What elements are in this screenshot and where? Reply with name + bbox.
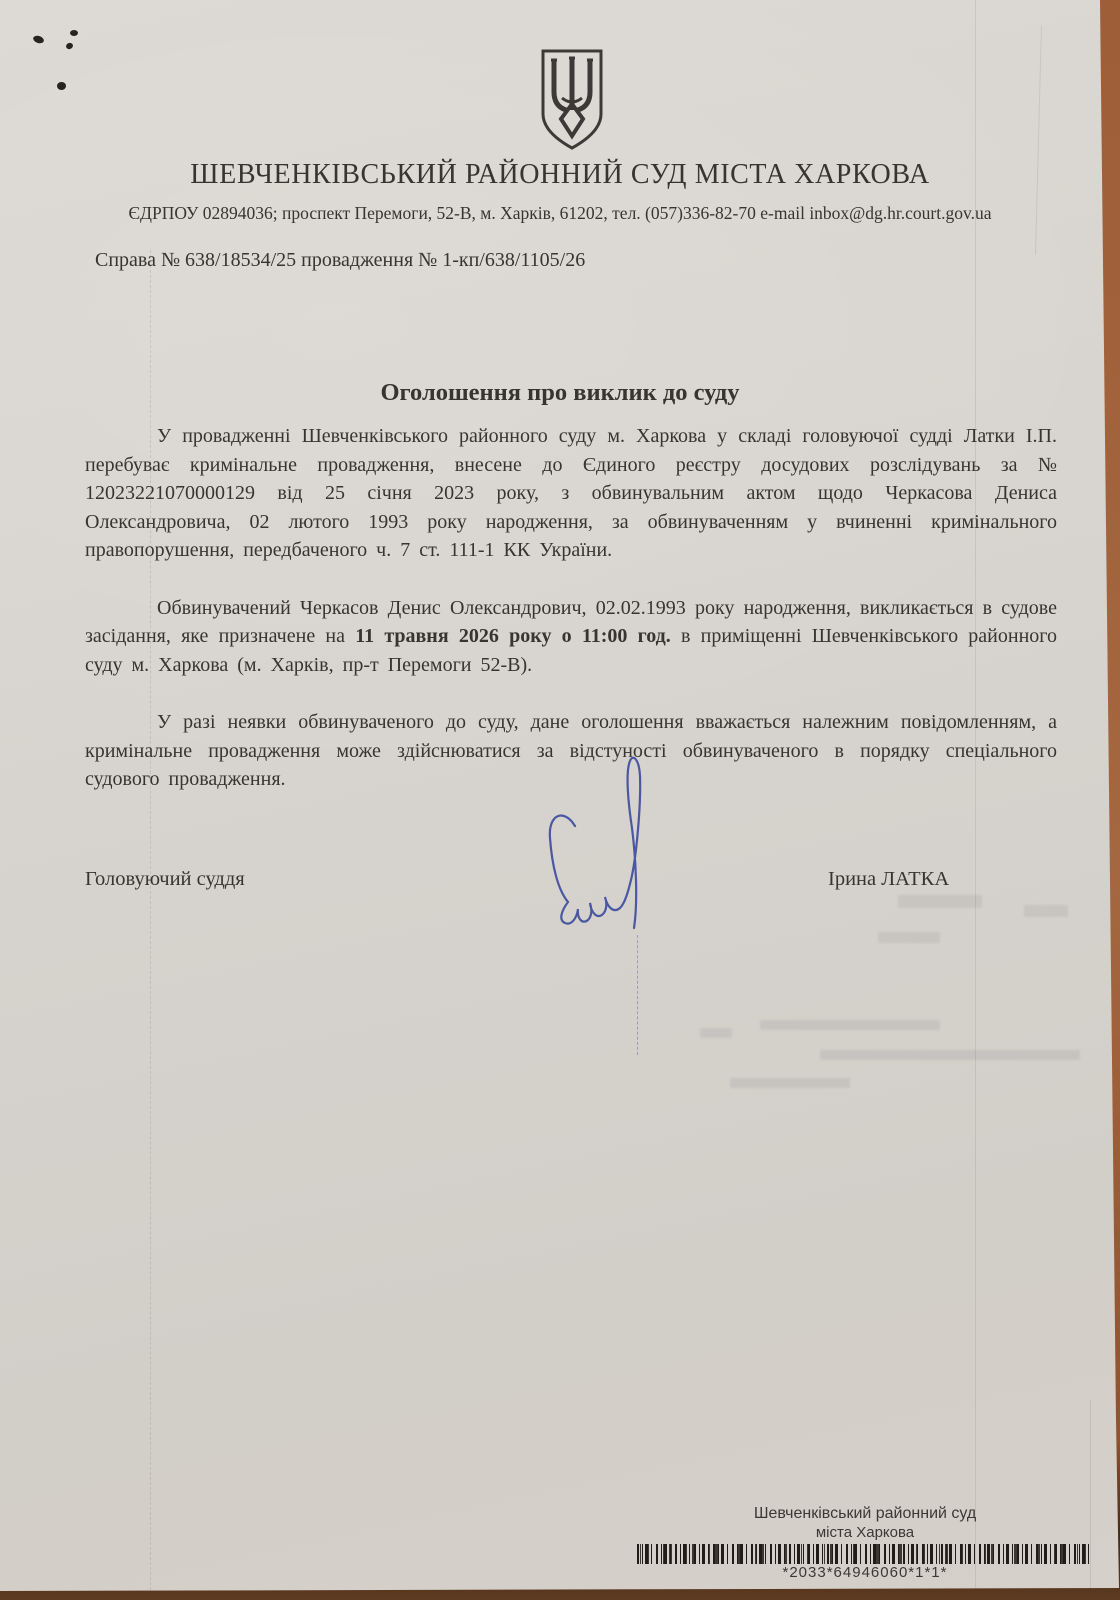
fold-crease (637, 935, 638, 1055)
bleedthrough-mark (898, 895, 982, 908)
court-contact-line: ЄДРПОУ 02894036; проспект Перемоги, 52-В… (0, 203, 1120, 224)
handwritten-signature-icon (528, 742, 658, 937)
bleedthrough-mark (700, 1028, 732, 1038)
barcode-icon (637, 1544, 1093, 1564)
document-page: ШЕВЧЕНКІВСЬКИЙ РАЙОННИЙ СУД МІСТА ХАРКОВ… (0, 0, 1120, 1600)
bleedthrough-mark (760, 1020, 940, 1030)
photographed-court-document: { "document": { "header": { "court_name"… (0, 0, 1120, 1600)
court-registration-stamp: Шевченківський районний суд міста Харков… (630, 1504, 1100, 1582)
staple-mark (65, 42, 74, 50)
staple-mark (32, 34, 45, 44)
hearing-date-time: 11 травня 2026 року о 11:00 год. (355, 625, 671, 647)
bleedthrough-mark (730, 1078, 850, 1088)
bleedthrough-mark (820, 1050, 1080, 1060)
bleedthrough-mark (878, 932, 940, 943)
barcode-number: *2033*64946060*1*1* (630, 1564, 1100, 1582)
staple-mark (70, 30, 78, 36)
judge-name: Ірина ЛАТКА (828, 868, 949, 891)
case-number-line: Справа № 638/18534/25 провадження № 1-кп… (95, 249, 585, 272)
stamp-court-name-line2: міста Харкова (630, 1524, 1100, 1542)
judge-role-label: Головуючий суддя (85, 868, 245, 891)
paragraph-summons: Обвинувачений Черкасов Денис Олександров… (85, 594, 1057, 680)
staple-mark (57, 82, 66, 90)
document-title: Оголошення про виклик до суду (0, 379, 1120, 407)
ukraine-trident-emblem-icon (536, 46, 608, 154)
document-body: У провадженні Шевченківського районного … (85, 422, 1057, 794)
court-name: ШЕВЧЕНКІВСЬКИЙ РАЙОННИЙ СУД МІСТА ХАРКОВ… (0, 159, 1120, 191)
paragraph-proceedings: У провадженні Шевченківського районного … (85, 422, 1057, 565)
fold-crease (975, 0, 976, 1590)
bleedthrough-mark (1024, 905, 1068, 917)
stamp-court-name-line1: Шевченківський районний суд (630, 1504, 1100, 1524)
